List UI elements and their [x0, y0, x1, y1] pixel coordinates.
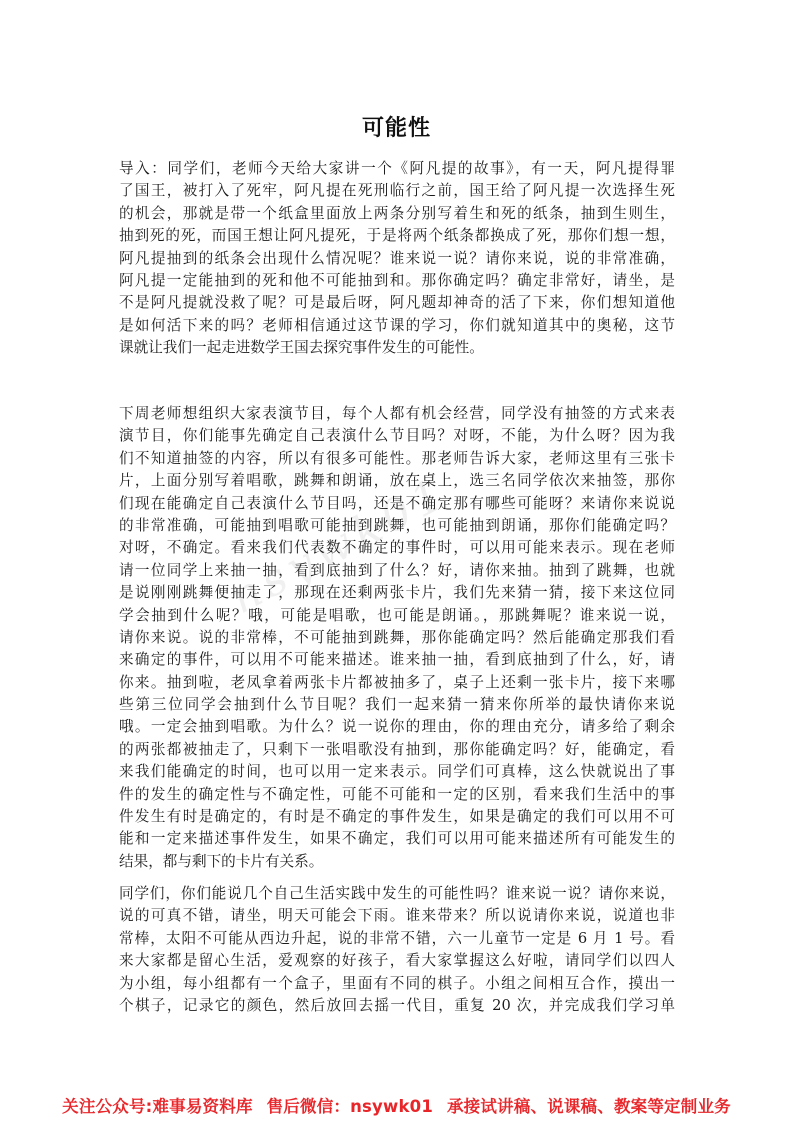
- footer-wechat-account: 关注公众号:难事易资料库: [62, 1097, 253, 1116]
- text-line: 同学们，你们能说几个自己生活实践中发生的可能性吗？谁来说一说？请你来说，: [119, 883, 675, 905]
- text-line: 的机会，那就是带一个纸盒里面放上两条分别写着生和死的纸条，抽到生则生，: [119, 203, 675, 225]
- page-title: 可能性: [0, 114, 793, 144]
- text-line: 请一位同学上来抽一抽，看到底抽到了什么？好，请你来抽。抽到了跳舞，也就: [119, 560, 675, 582]
- text-line: 阿凡提一定能抽到的死和他不可能抽到和。那你确定吗？确定非常好，请坐，是: [119, 270, 675, 292]
- text-line: 些第三位同学会抽到什么节目呢？我们一起来猜一猜来你所举的最快请你来说: [119, 694, 675, 716]
- text-line: 阿凡提抽到的纸条会出现什么情况呢？谁来说一说？请你来说，说的非常准确，: [119, 248, 675, 270]
- footer-banner: 关注公众号:难事易资料库 售后微信：nsywk01 承接试讲稿、说课稿、教案等定…: [0, 1094, 793, 1120]
- text-line: 请你来说。说的非常棒，不可能抽到跳舞，那你能确定吗？然后能确定那我们看: [119, 627, 675, 649]
- text-line: 们不知道抽签的内容，所以有很多可能性。那老师告诉大家，老师这里有三张卡: [119, 448, 675, 470]
- text-line: 的非常准确，可能抽到唱歌可能抽到跳舞，也可能抽到朗诵，那你们能确定吗？: [119, 515, 675, 537]
- text-line: 个棋子，记录它的颜色，然后放回去摇一代目，重复 20 次，并完成我们学习单: [119, 995, 675, 1017]
- text-line: 片，上面分别写着唱歌，跳舞和朗诵，放在桌上，选三名同学依次来抽签，那你: [119, 470, 675, 492]
- document-page: nsywk01 可能性 导入：同学们，老师今天给大家讲一个《阿凡提的故事》，有一…: [0, 0, 793, 1122]
- text-line: 来大家都是留心生活，爱观察的好孩子，看大家掌握这么好啦，请同学们以四人: [119, 950, 675, 972]
- text-line: 是说刚刚跳舞便抽走了，那现在还剩两张卡片，我们先来猜一猜，接下来这位同: [119, 582, 675, 604]
- text-line: 是如何活下来的吗？老师相信通过这节课的学习，你们就知道其中的奥秘，这节: [119, 315, 675, 337]
- text-line: 来确定的事件，可以用不可能来描述。谁来抽一抽，看到底抽到了什么，好，请: [119, 649, 675, 671]
- text-line: 件发生有时是确定的，有时是不确定的事件发生，如果是确定的我们可以用不可: [119, 806, 675, 828]
- text-line: 说的可真不错，请坐，明天可能会下雨。谁来带来？所以说请你来说，说道也非: [119, 905, 675, 927]
- text-line: 来我们能确定的时间，也可以用一定来表示。同学们可真棒，这么快就说出了事: [119, 761, 675, 783]
- text-line: 能和一定来描述事件发生，如果不确定，我们可以用可能来描述所有可能发生的: [119, 828, 675, 850]
- text-line: 件的发生的确定性与不确定性，可能不可能和一定的区别，看来我们生活中的事: [119, 784, 675, 806]
- footer-support-contact: 售后微信：nsywk01: [267, 1097, 433, 1116]
- paragraph-life-examples: 同学们，你们能说几个自己生活实践中发生的可能性吗？谁来说一说？请你来说， 说的可…: [119, 883, 675, 1017]
- text-line: 常棒，太阳不可能从西边升起，说的非常不错，六一儿童节一定是 6 月 1 号。看: [119, 928, 675, 950]
- text-line: 演节目，你们能事先确定自己表演什么节目吗？对呀，不能，为什么呀？因为我: [119, 425, 675, 447]
- text-line: 不是阿凡提就没救了呢？可是最后呀，阿凡题却神奇的活了下来，你们想知道他: [119, 292, 675, 314]
- text-line: 下周老师想组织大家表演节目，每个人都有机会经营，同学没有抽签的方式来表: [119, 403, 675, 425]
- text-line: 你来。抽到啦，老凤拿着两张卡片都被抽多了，桌子上还剩一张卡片，接下来哪: [119, 672, 675, 694]
- text-line: 课就让我们一起走进数学王国去探究事件发生的可能性。: [119, 337, 675, 359]
- paragraph-introduction: 导入：同学们，老师今天给大家讲一个《阿凡提的故事》，有一天，阿凡提得罪 了国王，…: [119, 158, 675, 360]
- text-line: 们现在能确定自己表演什么节目吗，还是不确定那有哪些可能呀？来请你来说说: [119, 493, 675, 515]
- text-line: 了国王，被打入了死牢，阿凡提在死刑临行之前，国王给了阿凡提一次选择生死: [119, 180, 675, 202]
- text-line: 学会抽到什么呢？哦，可能是唱歌，也可能是朗诵。，那跳舞呢？谁来说一说，: [119, 605, 675, 627]
- text-line: 对呀，不确定。看来我们代表数不确定的事件时，可以用可能来表示。现在老师: [119, 537, 675, 559]
- text-line: 结果，都与剩下的卡片有关系。: [119, 851, 675, 873]
- footer-services: 承接试讲稿、说课稿、教案等定制业务: [447, 1097, 731, 1116]
- text-line: 导入：同学们，老师今天给大家讲一个《阿凡提的故事》，有一天，阿凡提得罪: [119, 158, 675, 180]
- text-line: 哦。一定会抽到唱歌。为什么？说一说你的理由，你的理由充分，请多给了剩余: [119, 716, 675, 738]
- text-line: 的两张都被抽走了，只剩下一张唱歌没有抽到，那你能确定吗？好，能确定，看: [119, 739, 675, 761]
- text-line: 抽到死的死，而国王想让阿凡提死，于是将两个纸条都换成了死，那你们想一想，: [119, 225, 675, 247]
- paragraph-card-drawing: 下周老师想组织大家表演节目，每个人都有机会经营，同学没有抽签的方式来表 演节目，…: [119, 403, 675, 873]
- text-line: 为小组，每小组都有一个盒子，里面有不同的棋子。小组之间相互合作，摸出一: [119, 973, 675, 995]
